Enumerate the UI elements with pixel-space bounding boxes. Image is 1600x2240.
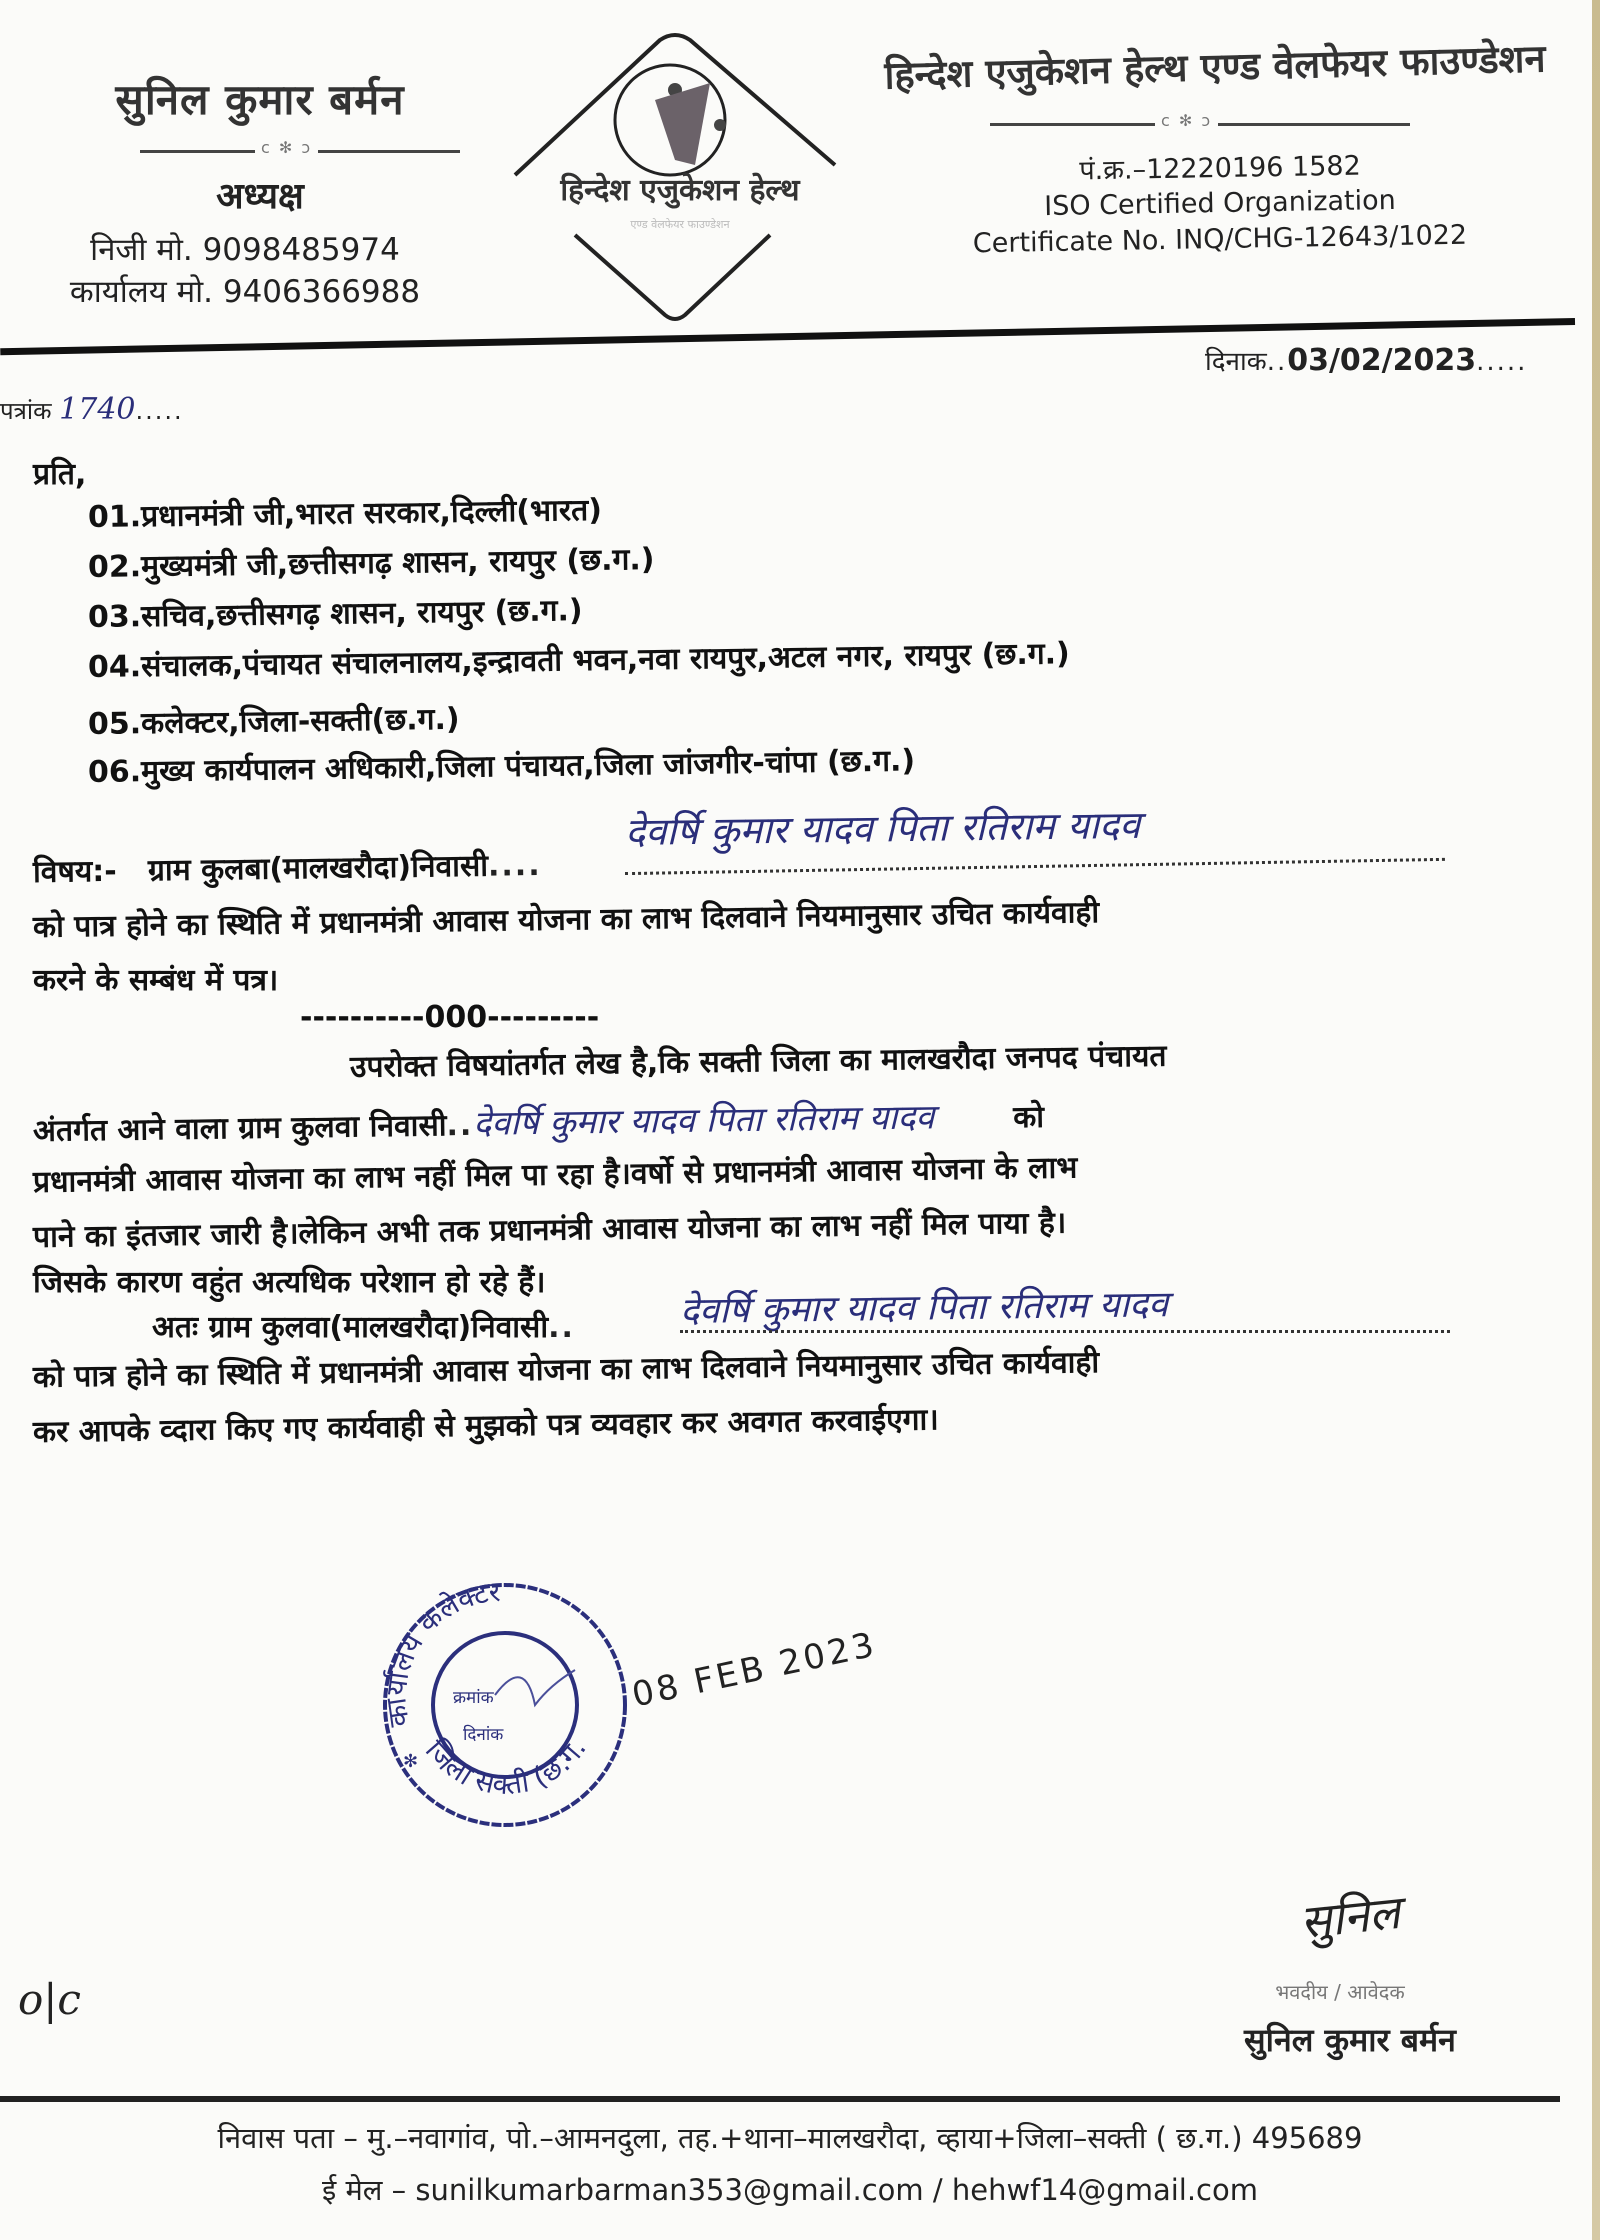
subject-label: विषय:- — [33, 854, 117, 890]
personal-mobile: निजी मो. 9098485974 — [20, 228, 470, 270]
fill-line — [680, 1330, 1450, 1333]
recipient-item: 04.संचालक,पंचायत संचालनालय,इन्द्रावती भव… — [88, 631, 1070, 686]
body-line: पाने का इंतजार जारी है।लेकिन अभी तक प्रध… — [33, 1201, 1067, 1256]
president-title: अध्यक्ष — [70, 170, 450, 219]
subject-line-3: करने के सम्बंध में पत्र। — [33, 958, 278, 999]
handwritten-beneficiary-name: देवर्षि कुमार यादव पिता रतिराम यादव — [680, 1278, 1169, 1334]
fill-line — [625, 858, 1445, 875]
body-line: कर आपके व्दारा किए गए कार्यवाही से मुझको… — [33, 1397, 939, 1451]
body-line: उपरोक्त विषयांतर्गत लेख है,कि सक्ती जिला… — [350, 1034, 1167, 1086]
president-name: सुनिल कुमार बर्मन — [70, 70, 450, 127]
logo-subtext: एण्ड वेलफेयर फाउण्डेशन — [520, 218, 840, 232]
body-line: को पात्र होने का स्थिति में प्रधानमंत्री… — [33, 1340, 1100, 1396]
salutation: प्रति, — [33, 452, 86, 493]
office-mobile: कार्यालय मो. 9406366988 — [20, 270, 470, 312]
reference-number: पत्रांक 1740..... — [0, 392, 184, 427]
body-line: अंतर्गत आने वाला ग्राम कुलवा निवासी..देव… — [33, 1091, 1045, 1151]
residential-address: निवास पता – मु.–नवागांव, पो.–आमनदुला, तह… — [0, 2118, 1590, 2157]
collector-office-stamp-icon: कार्यालय कलेक्टर जिला सक्ती (छ.ग.) क्रमा… — [375, 1575, 635, 1835]
logo-text: हिन्देश एजुकेशन हेल्थ — [470, 168, 890, 209]
recipient-item: 05.कलेक्टर,जिला-सक्ती(छ.ग.) — [88, 697, 460, 743]
handwritten-beneficiary-name: देवर्षि कुमार यादव पिता रतिराम यादव — [473, 1091, 1014, 1145]
ornament-divider-left: c ✻ ɔ — [140, 150, 460, 153]
letter-date: दिनाक..03/02/2023..... — [1205, 342, 1527, 378]
subject-line: विषय:- ग्राम कुलबा(मालखरौदा)निवासी.... — [33, 843, 542, 891]
svg-text:✻: ✻ — [403, 1751, 418, 1772]
recipient-item: 01.प्रधानमंत्री जी,भारत सरकार,दिल्ली(भार… — [88, 488, 602, 536]
recipient-item: 03.सचिव,छत्तीसगढ़ शासन, रायपुर (छ.ग.) — [88, 588, 583, 636]
organization-name: हिन्देश एजुकेशन हेल्थ एण्ड वेलफेयर फाउण्… — [839, 30, 1590, 102]
svg-text:दिनांक: दिनांक — [463, 1724, 504, 1745]
oc-annotation: o|c — [18, 1975, 81, 2024]
handwritten-signature: सुनिल — [1297, 1880, 1403, 1952]
separator: ----------000--------- — [300, 1000, 599, 1035]
signatory-name: सुनिल कुमार बर्मन — [1180, 2018, 1520, 2061]
recipient-item: 06.मुख्य कार्यपालन अधिकारी,जिला पंचायत,ज… — [88, 738, 916, 791]
page-edge — [1592, 0, 1600, 2240]
ornament-divider-right: c ✻ ɔ — [990, 123, 1410, 126]
handwritten-beneficiary-name: देवर्षि कुमार यादव पिता रतिराम यादव — [625, 798, 1141, 857]
body-line: अतः ग्राम कुलवा(मालखरौदा)निवासी.. — [152, 1305, 575, 1346]
email-contacts: ई मेल – sunilkumarbarman353@gmail.com / … — [0, 2170, 1590, 2209]
subject-line-2: को पात्र होने का स्थिति में प्रधानमंत्री… — [33, 890, 1100, 946]
body-line: जिसके कारण वहुंत अत्यधिक परेशान हो रहे ह… — [33, 1260, 546, 1301]
date-value: 03/02/2023 — [1287, 343, 1476, 378]
recipient-item: 02.मुख्यमंत्री जी,छत्तीसगढ़ शासन, रायपुर… — [88, 537, 655, 586]
footer-divider — [0, 2096, 1560, 2102]
signatory-role: भवदीय / आवेदक — [1215, 1978, 1465, 2005]
body-line: प्रधानमंत्री आवास योजना का लाभ नहीं मिल … — [33, 1145, 1078, 1201]
svg-text:क्रमांक: क्रमांक — [453, 1688, 495, 1708]
received-date-stamp: 08 FEB 2023 — [629, 1625, 881, 1716]
certificate-number: Certificate No. INQ/CHG-12643/1022 — [900, 218, 1540, 260]
reference-value: 1740 — [59, 392, 135, 427]
